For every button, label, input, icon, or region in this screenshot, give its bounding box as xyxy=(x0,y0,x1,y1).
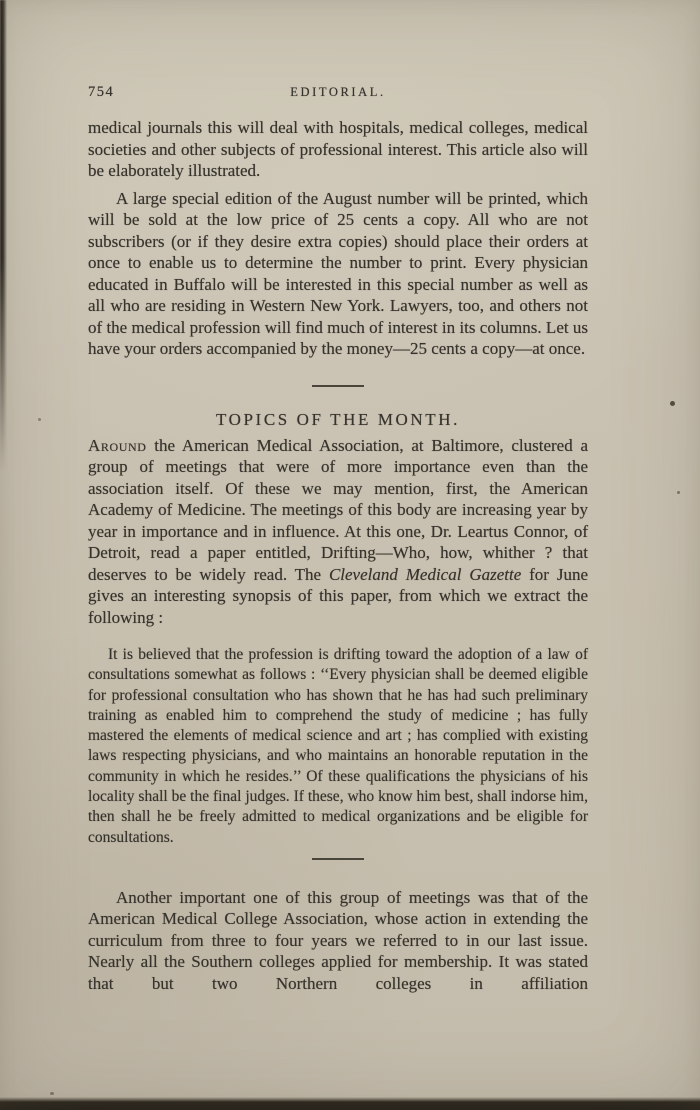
scan-edge-bottom xyxy=(0,1097,700,1110)
page-header: 754 EDITORIAL. xyxy=(88,84,588,101)
section-divider xyxy=(312,385,364,387)
paragraph-text: the American Medical Association, at Bal… xyxy=(88,436,588,584)
paragraph-august-edition: A large special edition of the August nu… xyxy=(88,188,588,360)
lead-word: Around xyxy=(88,436,147,455)
running-head: EDITORIAL. xyxy=(88,85,588,100)
page-content: 754 EDITORIAL. medical journals this wil… xyxy=(88,84,588,994)
section-divider xyxy=(312,858,364,860)
scanned-page: 754 EDITORIAL. medical journals this wil… xyxy=(0,0,700,1110)
extract-quotation: It is believed that the profession is dr… xyxy=(88,645,588,848)
scan-speck xyxy=(677,491,680,494)
scan-speck xyxy=(38,418,41,421)
scan-speck xyxy=(670,401,675,406)
paragraph-continuation: medical journals this will deal with hos… xyxy=(88,117,588,182)
scan-edge-left xyxy=(0,0,7,470)
paragraph-college-association: Another important one of this group of m… xyxy=(88,887,588,995)
journal-title-italic: Cleveland Medical Gazette xyxy=(329,565,521,584)
section-heading: TOPICS OF THE MONTH. xyxy=(88,410,588,430)
scan-speck xyxy=(50,1092,54,1095)
paragraph-ama-meetings: Around the American Medical Association,… xyxy=(88,435,588,629)
